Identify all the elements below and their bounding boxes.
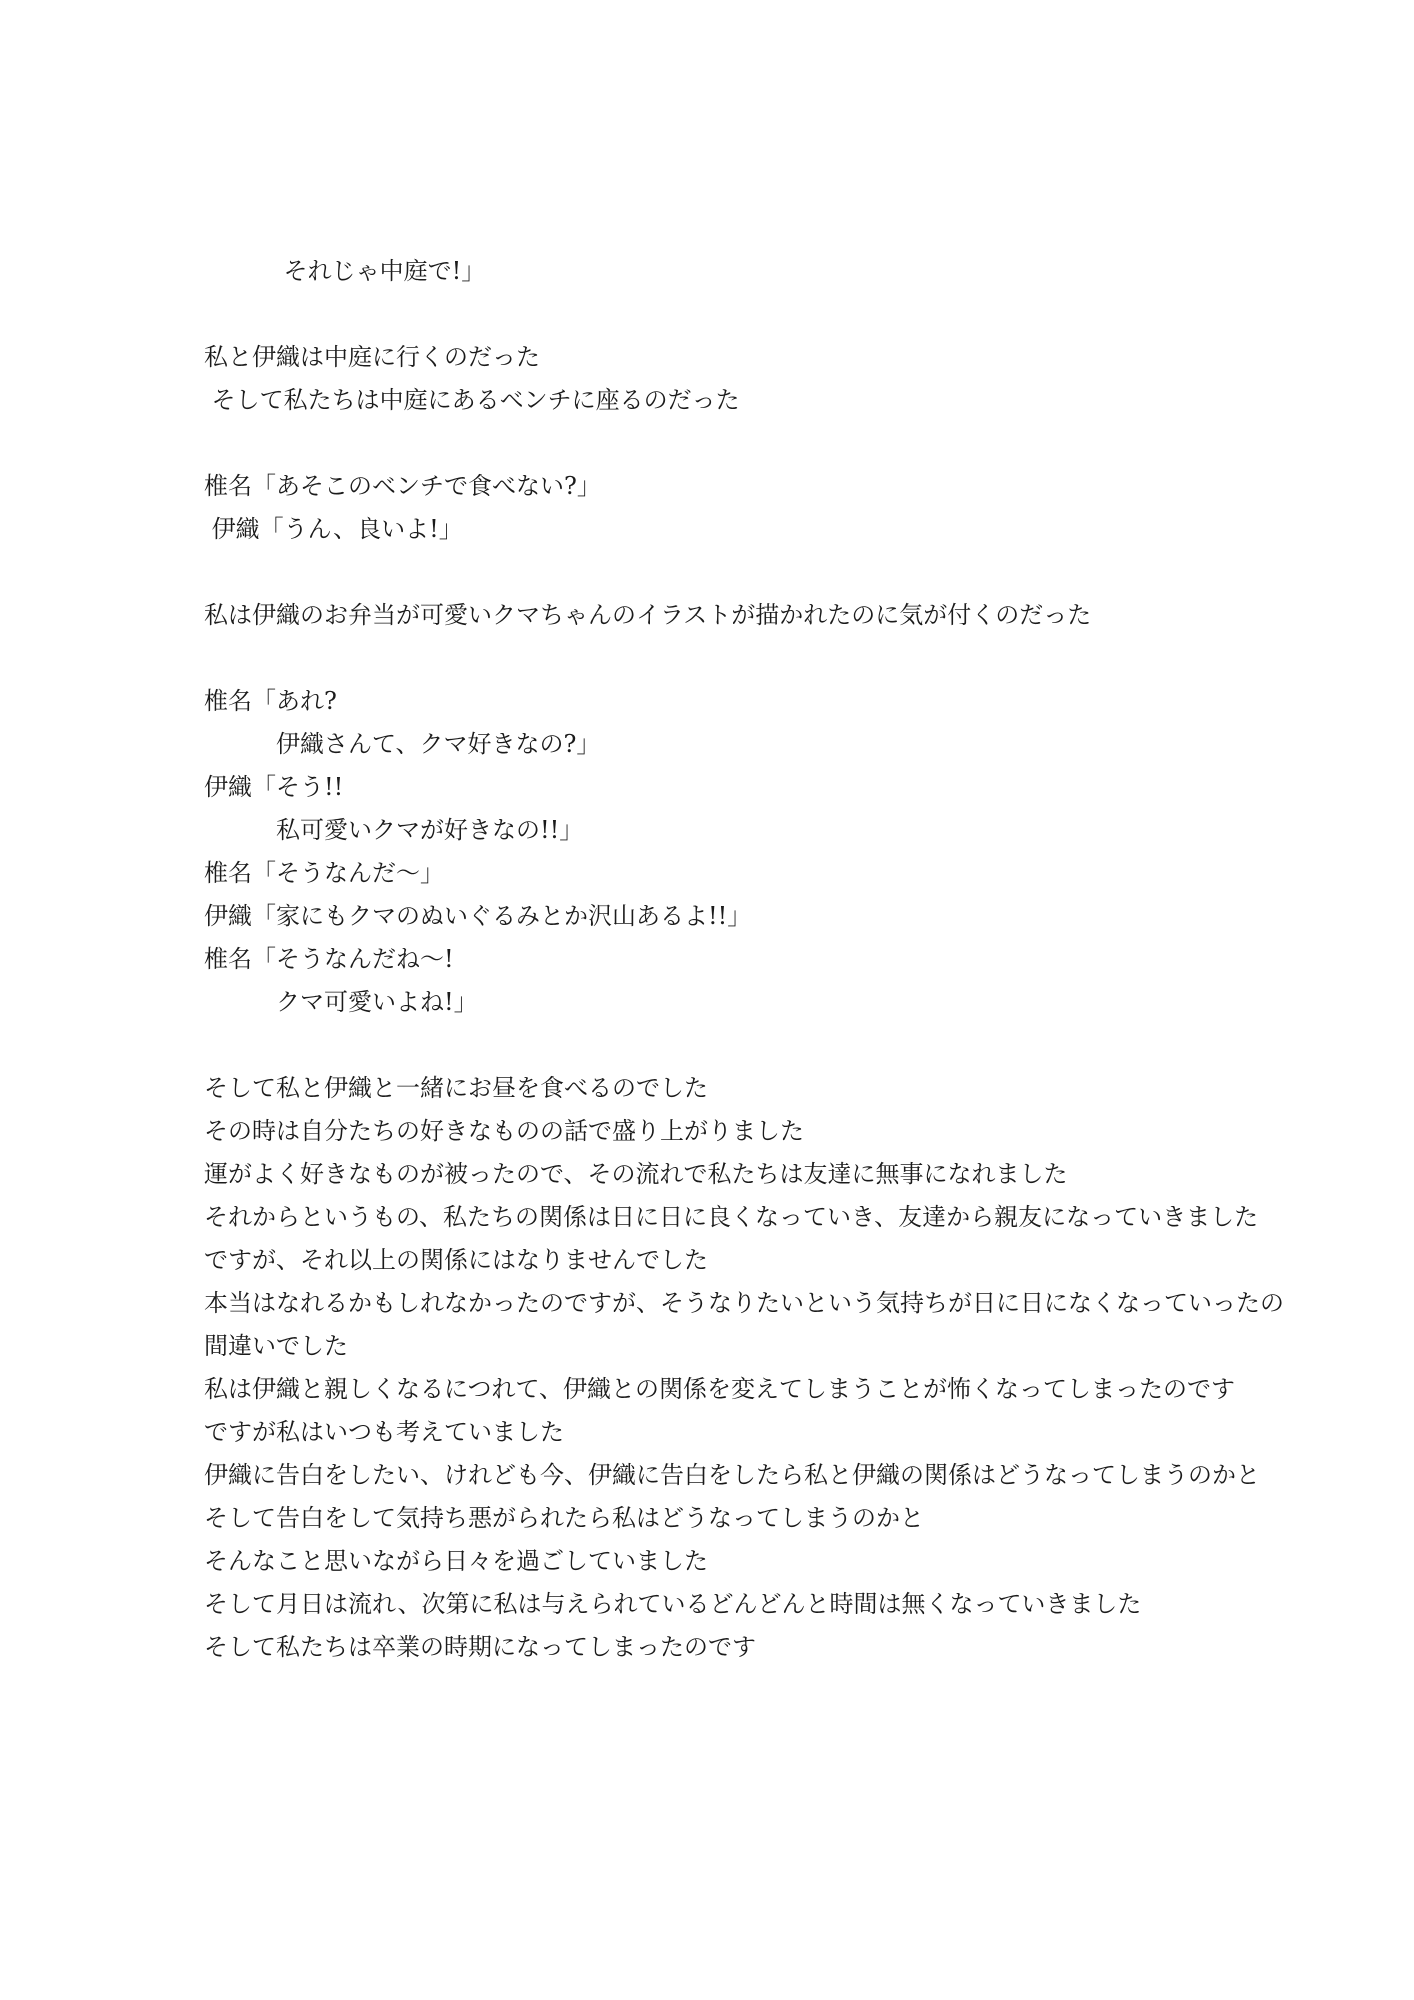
document-body: それじゃ中庭で!」私と伊織は中庭に行くのだった そして私たちは中庭にあるベンチに… [204, 250, 1314, 1669]
text-line: 私は伊織のお弁当が可愛いクマちゃんのイラストが描かれたのに気が付くのだった [204, 594, 1314, 637]
text-line: 椎名「そうなんだ〜」 [204, 852, 1314, 895]
text-line: そして私たちは中庭にあるベンチに座るのだった [204, 379, 1314, 422]
text-line: それからというもの、私たちの関係は日に日に良くなっていき、友達から親友になってい… [204, 1196, 1314, 1239]
document-page: それじゃ中庭で!」私と伊織は中庭に行くのだった そして私たちは中庭にあるベンチに… [0, 0, 1414, 2000]
text-line: 間違いでした [204, 1325, 1314, 1368]
text-line: ですが、それ以上の関係にはなりませんでした [204, 1239, 1314, 1282]
blank-line [204, 551, 1314, 594]
blank-line [204, 422, 1314, 465]
text-line: 私可愛いクマが好きなの!!」 [204, 809, 1314, 852]
text-line: 私は伊織と親しくなるにつれて、伊織との関係を変えてしまうことが怖くなってしまった… [204, 1368, 1314, 1411]
text-line: 椎名「あそこのベンチで食べない?」 [204, 465, 1314, 508]
text-line: そして月日は流れ、次第に私は与えられているどんどんと時間は無くなっていきました [204, 1583, 1314, 1626]
text-line: 伊織「家にもクマのぬいぐるみとか沢山あるよ!!」 [204, 895, 1314, 938]
text-line: そして私たちは卒業の時期になってしまったのです [204, 1626, 1314, 1669]
blank-line [204, 293, 1314, 336]
blank-line [204, 637, 1314, 680]
text-line: 伊織「うん、良いよ!」 [204, 508, 1314, 551]
text-line: 椎名「そうなんだね〜! [204, 938, 1314, 981]
text-line: それじゃ中庭で!」 [204, 250, 1314, 293]
text-line: そして告白をして気持ち悪がられたら私はどうなってしまうのかと [204, 1497, 1314, 1540]
text-line: そんなこと思いながら日々を過ごしていました [204, 1540, 1314, 1583]
text-line: 本当はなれるかもしれなかったのですが、そうなりたいという気持ちが日に日になくなっ… [204, 1282, 1314, 1325]
text-line: 伊織「そう!! [204, 766, 1314, 809]
text-line: そして私と伊織と一緒にお昼を食べるのでした [204, 1067, 1314, 1110]
text-line: 運がよく好きなものが被ったので、その流れで私たちは友達に無事になれました [204, 1153, 1314, 1196]
text-line: ですが私はいつも考えていました [204, 1411, 1314, 1454]
blank-line [204, 1024, 1314, 1067]
text-line: 伊織に告白をしたい、けれども今、伊織に告白をしたら私と伊織の関係はどうなってしま… [204, 1454, 1314, 1497]
text-line: 伊織さんて、クマ好きなの?」 [204, 723, 1314, 766]
text-line: 私と伊織は中庭に行くのだった [204, 336, 1314, 379]
text-line: クマ可愛いよね!」 [204, 981, 1314, 1024]
text-line: 椎名「あれ? [204, 680, 1314, 723]
text-line: その時は自分たちの好きなものの話で盛り上がりました [204, 1110, 1314, 1153]
